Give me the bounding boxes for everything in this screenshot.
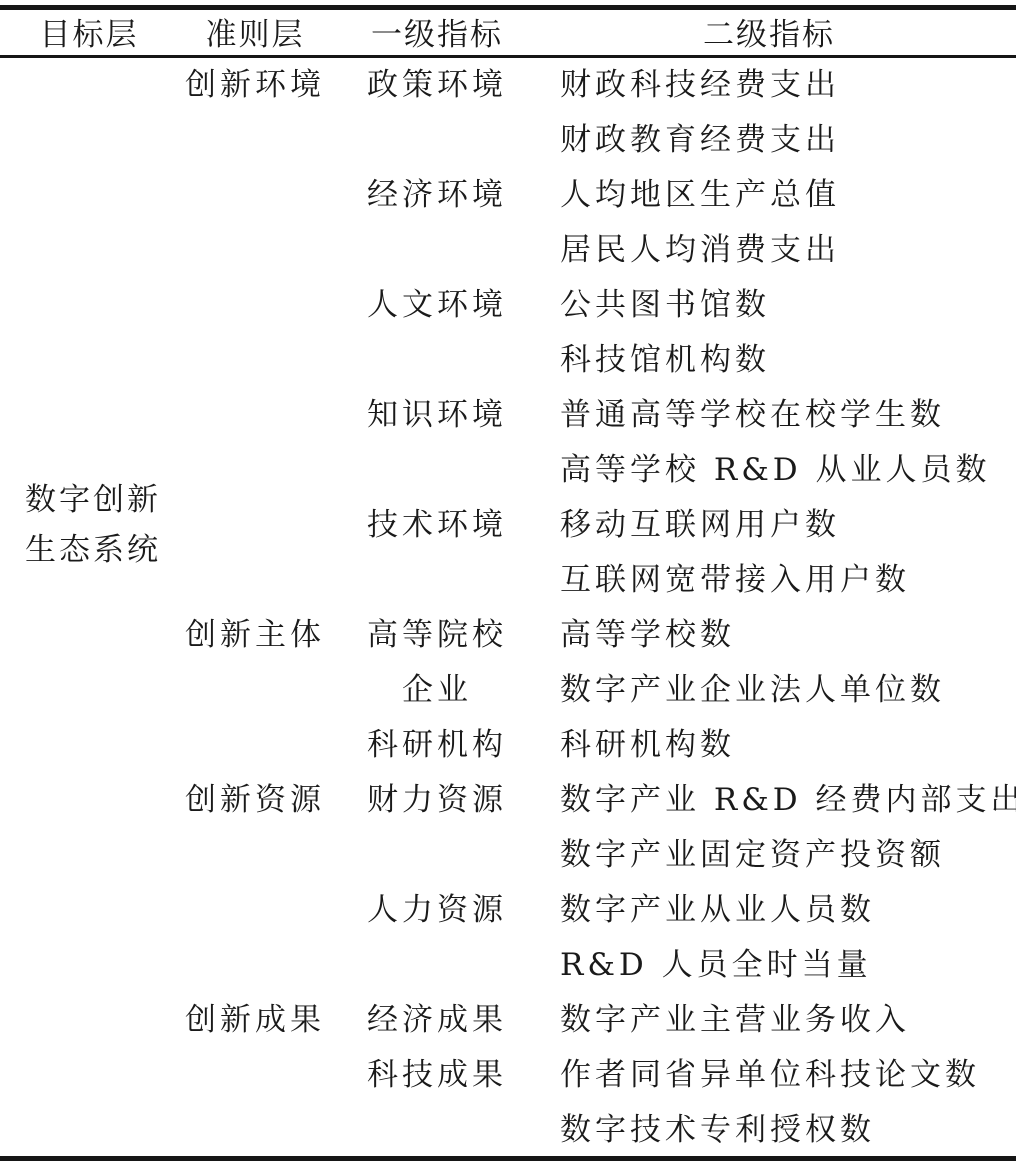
target-layer-label: 数字创新 生态系统 [0,475,161,575]
level2-label: 作者同省异单位科技论文数 [560,1048,980,1103]
criterion-cell-innovation-resource: 创新资源 [178,773,332,993]
level1-label: 科研机构 [367,718,507,773]
level1-label: 高等院校 [367,608,507,663]
level1-label: 企业 [402,663,472,718]
level1-cell-cultural-environment: 人文环境 [332,278,542,388]
level1-cell-human-resource: 人力资源 [332,883,542,993]
criterion-cell-innovation-environment: 创新环境 [178,58,332,608]
level2-cell: 公共图书馆数 [542,278,1016,333]
level2-cell: 科技馆机构数 [542,333,1016,388]
level2-cell: 数字产业 R&D 经费内部支出 [542,773,1016,828]
target-layer-line-1: 数字创新 [25,475,161,525]
level2-label: 互联网宽带接入用户数 [560,553,910,608]
level2-cell: 高等学校 R&D 从业人员数 [542,443,1016,498]
level2-cell: 财政教育经费支出 [542,113,1016,168]
level1-cell-technology-environment: 技术环境 [332,498,542,608]
level2-label: 普通高等学校在校学生数 [560,388,945,443]
level2-label: 公共图书馆数 [560,278,770,333]
level2-cell: 作者同省异单位科技论文数 [542,1048,1016,1103]
level2-cell: 数字产业固定资产投资额 [542,828,1016,883]
level2-cell: 财政科技经费支出 [542,58,1016,113]
level2-label: 数字技术专利授权数 [560,1103,875,1158]
criterion-label: 创新成果 [185,993,325,1048]
level2-cell: 数字产业企业法人单位数 [542,663,1016,718]
level2-label: 高等学校 R&D 从业人员数 [560,443,991,498]
level2-cell: 移动互联网用户数 [542,498,1016,553]
level1-label: 科技成果 [367,1048,507,1103]
level1-cell-financial-resource: 财力资源 [332,773,542,883]
level1-cell-scitech-achievement: 科技成果 [332,1048,542,1158]
level2-cell: 居民人均消费支出 [542,223,1016,278]
level1-label: 人力资源 [367,883,507,938]
level2-label: 数字产业企业法人单位数 [560,663,945,718]
level2-label: 数字产业 R&D 经费内部支出 [560,773,1016,828]
level2-label: 科技馆机构数 [560,333,770,388]
level1-label: 经济成果 [367,993,507,1048]
level2-label: 财政科技经费支出 [560,58,840,113]
header-level1-indicator: 一级指标 [332,9,542,54]
indicator-system-table: 目标层 准则层 一级指标 二级指标 数字创新 生态系统 创新环境 创新主体 创新… [0,0,1016,1168]
table-bottom-rule [0,1156,1016,1161]
criterion-label: 创新主体 [185,608,325,663]
level2-label: 人均地区生产总值 [560,168,840,223]
table-body: 数字创新 生态系统 创新环境 创新主体 创新资源 创新成果 政策环境 经济环境 … [0,58,1016,1158]
level1-label: 技术环境 [367,498,507,553]
level1-cell-policy-environment: 政策环境 [332,58,542,168]
level1-label: 知识环境 [367,388,507,443]
level2-label: R&D 人员全时当量 [560,938,872,993]
level2-cell: 数字技术专利授权数 [542,1103,1016,1158]
table-header-row: 目标层 准则层 一级指标 二级指标 [0,8,1016,55]
level1-cell-economic-achievement: 经济成果 [332,993,542,1048]
level1-label: 人文环境 [367,278,507,333]
level2-label: 数字产业固定资产投资额 [560,828,945,883]
level1-cell-knowledge-environment: 知识环境 [332,388,542,498]
level1-label: 经济环境 [367,168,507,223]
criterion-cell-innovation-achievement: 创新成果 [178,993,332,1158]
level1-cell-enterprise: 企业 [332,663,542,718]
level2-cell: 科研机构数 [542,718,1016,773]
level2-cell: 高等学校数 [542,608,1016,663]
target-layer-cell: 数字创新 生态系统 [0,58,178,1158]
level2-label: 移动互联网用户数 [560,498,840,553]
level2-cell: 普通高等学校在校学生数 [542,388,1016,443]
level2-label: 数字产业从业人员数 [560,883,875,938]
header-criterion-layer: 准则层 [178,9,332,54]
level2-label: 居民人均消费支出 [560,223,840,278]
level2-cell: 数字产业主营业务收入 [542,993,1016,1048]
level1-cell-economic-environment: 经济环境 [332,168,542,278]
level2-cell: 数字产业从业人员数 [542,883,1016,938]
level2-label: 高等学校数 [560,608,735,663]
level1-cell-higher-education: 高等院校 [332,608,542,663]
header-level2-indicator: 二级指标 [542,9,1016,54]
level2-label: 数字产业主营业务收入 [560,993,910,1048]
target-layer-line-2: 生态系统 [25,525,161,575]
level2-cell: 互联网宽带接入用户数 [542,553,1016,608]
level2-label: 科研机构数 [560,718,735,773]
level1-label: 政策环境 [367,58,507,113]
level1-label: 财力资源 [367,773,507,828]
criterion-label: 创新环境 [185,58,325,113]
criterion-label: 创新资源 [185,773,325,828]
level2-cell: 人均地区生产总值 [542,168,1016,223]
header-target-layer: 目标层 [0,9,178,54]
level1-cell-research-institution: 科研机构 [332,718,542,773]
level2-cell: R&D 人员全时当量 [542,938,1016,993]
level2-label: 财政教育经费支出 [560,113,840,168]
criterion-cell-innovation-subject: 创新主体 [178,608,332,773]
